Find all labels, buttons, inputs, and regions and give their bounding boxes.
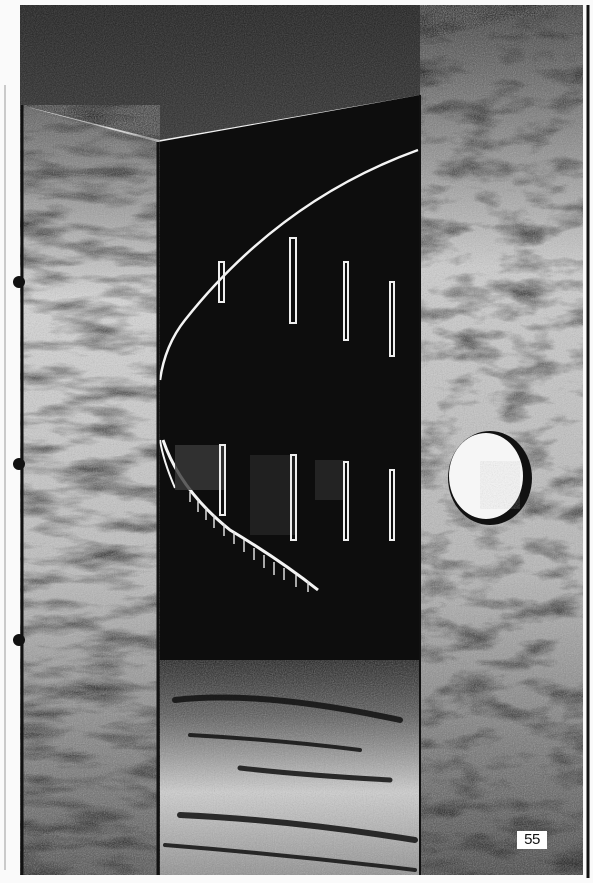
manga-illustration (0, 0, 593, 883)
page-number: 55 (517, 831, 547, 849)
round-mirror (448, 431, 532, 525)
manga-page: 55 (0, 0, 593, 883)
